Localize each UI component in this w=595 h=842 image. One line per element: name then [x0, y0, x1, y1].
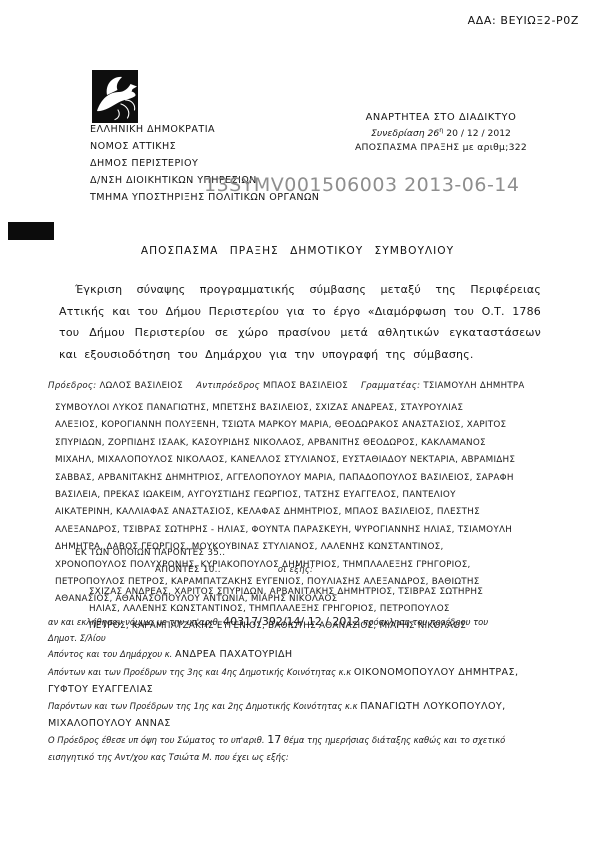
absent-suffix: οι εξής:	[278, 564, 313, 574]
council-members-list: ΣΥΜΒΟΥΛΟΙ ΛΥΚΟΣ ΠΑΝΑΓΙΩΤΗΣ, ΜΠΕΤΣΗΣ ΒΑΣΙ…	[55, 400, 549, 609]
absent-count-line: ΑΠΟΝΤΕΣ 10.. οι εξής:	[155, 564, 313, 575]
absent-count: ΑΠΟΝΤΕΣ 10..	[155, 565, 221, 575]
agency-line: ΝΟΜΟΣ ΑΤΤΙΚΗΣ	[90, 138, 319, 155]
members-line: ΑΛΕΞΙΟΣ, ΚΟΡΟΓΙΑΝΝΗ ΠΟΛΥΞΕΝΗ, ΤΣΙΩΤΑ ΜΑΡ…	[55, 417, 549, 434]
document-title: ΑΠΟΣΠΑΣΜΑ ΠΡΑΞΗΣ ΔΗΜΟΤΙΚΟΥ ΣΥΜΒΟΥΛΙΟΥ	[0, 245, 595, 257]
council-officers-line: Πρόεδρος: ΛΩΛΟΣ ΒΑΣΙΛΕΙΟΣ Αντιπρόεδρος Μ…	[48, 381, 558, 391]
agency-line: ΔΗΜΟΣ ΠΕΡΙΣΤΕΡΙΟΥ	[90, 155, 319, 172]
agenda-intro-line: Ο Πρόεδρος έθεσε υπ όψη του Σώματος το υ…	[48, 732, 553, 764]
municipality-logo	[92, 70, 138, 123]
absent-line: ΣΧΙΖΑΣ ΑΝΔΡΕΑΣ, ΧΑΡΙΤΟΣ ΣΠΥΡΙΔΩΝ, ΑΡΒΑΝΙ…	[89, 584, 549, 601]
officer-role: Πρόεδρος:	[48, 381, 96, 391]
members-line: ΣΥΜΒΟΥΛΟΙ ΛΥΚΟΣ ΠΑΝΑΓΙΩΤΗΣ, ΜΠΕΤΣΗΣ ΒΑΣΙ…	[55, 400, 549, 417]
session-line: Συνεδρίαση 26η 20 / 12 / 2012	[308, 126, 574, 139]
officer-role: Αντιπρόεδρος	[196, 381, 260, 391]
presidents-absent-line: Απόντων και των Προέδρων της 3ης και 4ης…	[48, 664, 553, 698]
presidents-present-line: Παρόντων και των Προέδρων της 1ης και 2η…	[48, 698, 553, 732]
registry-watermark: 13SYMV001506003 2013-06-14	[204, 174, 520, 196]
redaction-box	[8, 222, 54, 240]
ada-number: ΑΔΑ: ΒΕΥΙΩΞ2-Ρ0Ζ	[468, 14, 579, 27]
members-line: ΒΑΣΙΛΕΙΑ, ΠΡΕΚΑΣ ΙΩΑΚΕΙΜ, ΑΥΓΟΥΣΤΙΔΗΣ ΓΕ…	[55, 487, 549, 504]
mayor-name: ΑΝΔΡΕΑ ΠΑΧΑΤΟΥΡΙΔΗ	[175, 649, 293, 660]
decision-subject-paragraph: Έγκριση σύναψης προγραμματικής σύμβασης …	[59, 279, 541, 365]
officer-role: Γραμματέας:	[361, 381, 420, 391]
extract-number-line: ΑΠΟΣΠΑΣΜΑ ΠΡΑΞΗΣ με αριθμ;322	[308, 142, 574, 153]
agenda-item-number: 17	[267, 733, 281, 746]
publication-header-block: ΑΝΑΡΤΗΤΕΑ ΣΤΟ ΔΙΑΔΙΚΤΥΟ Συνεδρίαση 26η 2…	[308, 112, 574, 153]
web-posting-note: ΑΝΑΡΤΗΤΕΑ ΣΤΟ ΔΙΑΔΙΚΤΥΟ	[308, 112, 574, 123]
members-line: ΣΑΒΒΑΣ, ΑΡΒΑΝΙΤΑΚΗΣ ΔΗΜΗΤΡΙΟΣ, ΑΓΓΕΛΟΠΟΥ…	[55, 470, 549, 487]
document-page: ΑΔΑ: ΒΕΥΙΩΞ2-Ρ0Ζ ΕΛΛΗΝΙΚΗ ΔΗΜΟΚΡΑΤΙΑ ΝΟΜ…	[0, 0, 595, 842]
officer-name: ΤΣΙΑΜΟΥΛΗ ΔΗΜΗΤΡΑ	[423, 381, 534, 391]
officer-name: ΜΠΑΟΣ ΒΑΣΙΛΕΙΟΣ	[263, 381, 358, 391]
summons-line2: Δημοτ. Σ/λίου	[48, 630, 553, 646]
invitation-number: 40317/392/14/ 12 / 2012	[223, 615, 360, 628]
summons-line: αν και εκλήθησαν νόμιμα με την υπ'αριθ. …	[48, 614, 553, 630]
members-line: ΑΙΚΑΤΕΡΙΝΗ, ΚΑΛΛΙΑΦΑΣ ΑΝΑΣΤΑΣΙΟΣ, ΚΕΛΑΦΑ…	[55, 504, 549, 521]
members-line: ΣΠΥΡΙΔΩΝ, ΖΟΡΠΙΔΗΣ ΙΣΑΑΚ, ΚΑΣΟΥΡΙΔΗΣ ΝΙΚ…	[55, 435, 549, 452]
members-line: ΑΛΕΞΑΝΔΡΟΣ, ΤΣΙΒΡΑΣ ΣΩΤΗΡΗΣ - ΗΛΙΑΣ, ΦΟΥ…	[55, 522, 549, 539]
agency-line: ΕΛΛΗΝΙΚΗ ΔΗΜΟΚΡΑΤΙΑ	[90, 121, 319, 138]
mayor-absent-line: Απόντος και του Δημάρχου κ. ΑΝΔΡΕΑ ΠΑΧΑΤ…	[48, 646, 553, 663]
officer-name: ΛΩΛΟΣ ΒΑΣΙΛΕΙΟΣ	[99, 381, 193, 391]
members-line: ΜΙΧΑΗΛ, ΜΙΧΑΛΟΠΟΥΛΟΣ ΝΙΚΟΛΑΟΣ, ΚΑΝΕΛΛΟΣ …	[55, 452, 549, 469]
closing-block: αν και εκλήθησαν νόμιμα με την υπ'αριθ. …	[48, 614, 553, 765]
dove-icon	[92, 70, 138, 123]
present-count-line: ΕΚ ΤΩΝ ΟΠΟΙΩΝ ΠΑΡΟΝΤΕΣ 35..	[75, 548, 225, 558]
